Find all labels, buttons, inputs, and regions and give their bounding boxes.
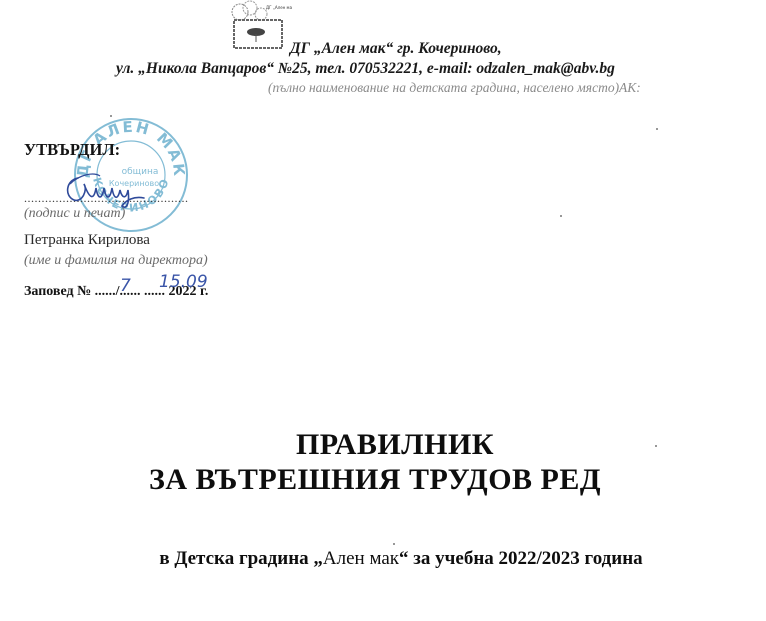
director-caption: (име и фамилия на директора) [24, 253, 208, 269]
director-name: Петранка Кирилова [24, 232, 150, 249]
document-title-2: ЗА ВЪТРЕШНИЯ ТРУДОВ РЕД [0, 463, 766, 497]
document-title-line-2: ЗА ВЪТРЕШНИЯ ТРУДОВ РЕД [149, 463, 601, 496]
approved-heading: УТВЪРДИЛ: [24, 140, 120, 160]
document-subtitle: в Детска градина „Ален мак“ за учебна 20… [0, 548, 766, 570]
logo-flower-icon: ДГ „Ален мак“ [228, 0, 292, 52]
document-title-line-1: ПРАВИЛНИК [296, 428, 494, 461]
handwritten-signature-icon [60, 170, 150, 210]
letterhead-caption: (пълно наименование на детската градина,… [268, 80, 641, 96]
letterhead-address-line: ул. „Никола Вапцаров“ №25, тел. 07053222… [116, 60, 615, 78]
handwritten-order-number: 7 [120, 276, 131, 296]
subtitle-kindergarten-name: Ален мак [323, 548, 399, 569]
director-signature [60, 170, 150, 210]
scan-speck [656, 128, 658, 130]
scan-speck [560, 215, 562, 217]
letterhead-line-1: ДГ „Ален мак“ гр. Кочериново, [290, 40, 502, 58]
scan-speck [393, 543, 395, 545]
svg-text:ДГ „Ален мак“: ДГ „Ален мак“ [266, 5, 292, 10]
document-title: ПРАВИЛНИК [0, 428, 766, 462]
handwritten-order-date: 15.09 [159, 272, 208, 292]
subtitle-part-3: “ за учебна 2022/2023 година [399, 548, 643, 569]
kindergarten-logo: ДГ „Ален мак“ [228, 0, 292, 52]
subtitle-part-1: в Детска градина „ [159, 548, 323, 569]
